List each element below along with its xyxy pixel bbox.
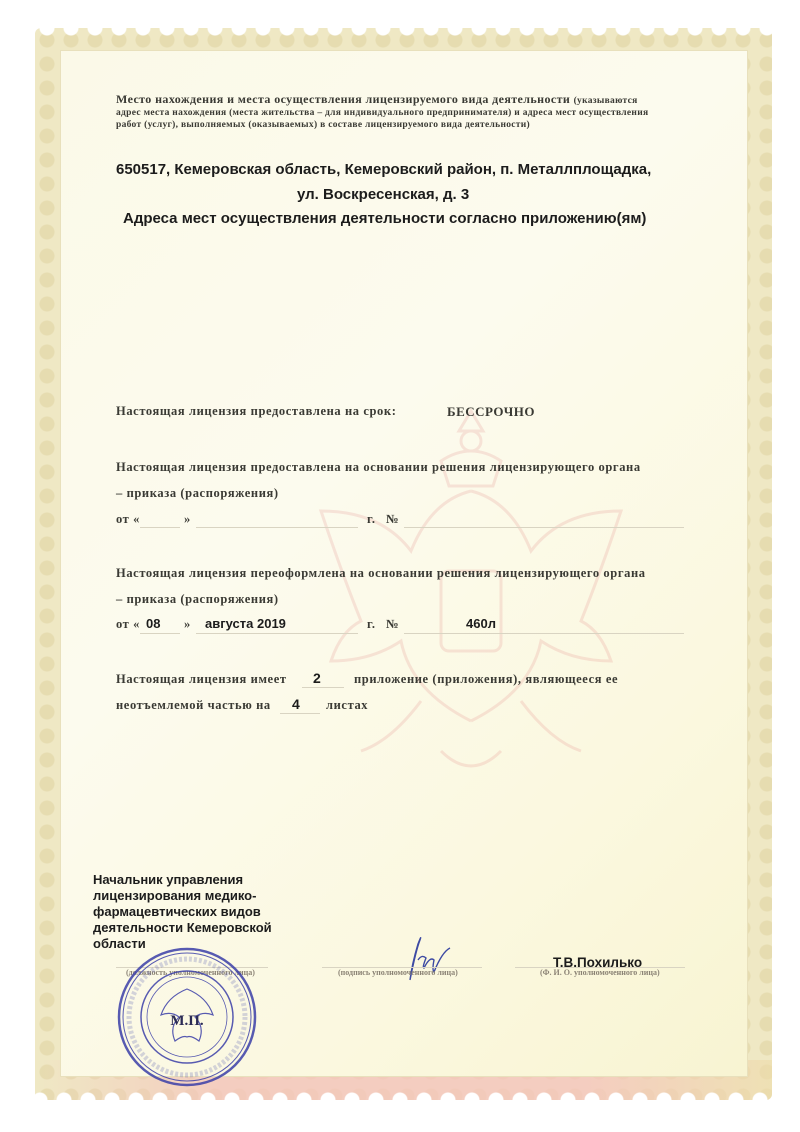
granted-basis-line2: – приказа (распоряжения) [116, 486, 279, 501]
reissued-number-label: № [386, 617, 399, 632]
appendix-count: 2 [313, 670, 321, 686]
coat-of-arms-watermark-icon [291, 371, 651, 811]
granted-basis-line1: Настоящая лицензия предоставлена на осно… [116, 460, 641, 475]
reissued-number-field: 460л [466, 616, 496, 631]
reissued-year-label: г. [367, 617, 376, 632]
granted-number-underline [404, 527, 684, 528]
reissued-basis-line1: Настоящая лицензия переоформлена на осно… [116, 566, 646, 581]
granted-day-underline [140, 527, 180, 528]
reissued-from-label: от « [116, 617, 140, 632]
appendix-text-1: Настоящая лицензия имеет [116, 672, 287, 687]
border-scallop-top [35, 28, 772, 40]
term-value: БЕССРОЧНО [447, 404, 535, 420]
granted-quote-close: » [184, 512, 191, 527]
signer-caption: (Ф. И. О. уполномоченного лица) [540, 968, 660, 977]
reissued-month-year-field: августа 2019 [205, 616, 286, 631]
header-note: (указываются [574, 96, 638, 106]
reissued-month-underline [196, 633, 358, 634]
granted-from-label: от « [116, 512, 140, 527]
appendix-text-2: приложение (приложения), являющееся ее [354, 672, 618, 687]
appendix-text-3: неотъемлемой частью на [116, 698, 271, 713]
header-note-line2: адрес места нахождения (места жительства… [116, 108, 648, 118]
reissued-quote-close: » [184, 617, 191, 632]
granted-month-underline [196, 527, 358, 528]
signatory-position: Начальник управления лицензирования меди… [93, 872, 293, 952]
reissued-number-underline [404, 633, 684, 634]
section-header: Место нахождения и места осуществления л… [116, 92, 638, 107]
address-line-1: 650517, Кемеровская область, Кемеровский… [116, 161, 651, 178]
granted-year-label: г. [367, 512, 376, 527]
appendix-count-underline [302, 687, 344, 688]
appendix-text-4: листах [326, 698, 368, 713]
address-line-2: ул. Воскресенская, д. 3 [297, 186, 469, 203]
appendix-sheets: 4 [292, 696, 300, 712]
granted-number-label: № [386, 512, 399, 527]
header-title: Место нахождения и места осуществления л… [116, 92, 570, 106]
reissued-day-field: 08 [146, 616, 160, 631]
reissued-day-underline [140, 633, 180, 634]
appendix-sheets-underline [280, 713, 320, 714]
handwritten-signature-icon [392, 930, 452, 990]
signature-caption: (подпись уполномоченного лица) [338, 968, 458, 977]
term-label: Настоящая лицензия предоставлена на срок… [116, 404, 396, 419]
reissued-basis-line2: – приказа (распоряжения) [116, 592, 279, 607]
header-note-line3: работ (услуг), выполняемых (оказываемых)… [116, 120, 530, 130]
official-seal-icon: М.П. [115, 945, 260, 1090]
address-line-3: Адреса мест осуществления деятельности с… [123, 210, 646, 227]
svg-text:М.П.: М.П. [170, 1013, 204, 1029]
